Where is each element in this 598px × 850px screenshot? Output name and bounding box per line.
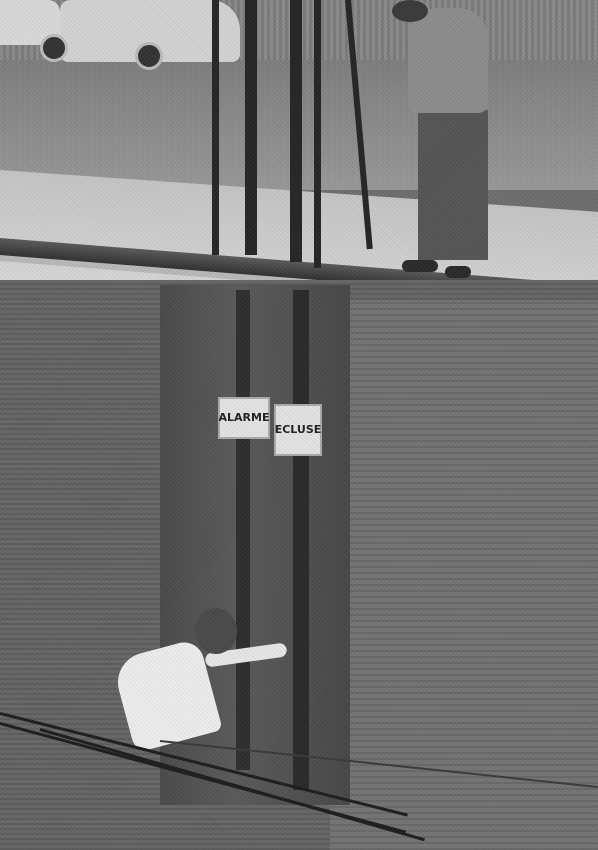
man-torso bbox=[408, 8, 488, 113]
gate-rod bbox=[290, 0, 302, 262]
lock-wall-right bbox=[330, 300, 598, 850]
man-head bbox=[392, 0, 428, 22]
alarm-sign: ALARME bbox=[218, 397, 270, 439]
car-wheel bbox=[135, 42, 163, 70]
gate-rail bbox=[236, 290, 250, 770]
lock-sign: ECLUSE bbox=[274, 404, 322, 456]
gate-rod bbox=[314, 0, 321, 268]
gate-rail bbox=[293, 290, 309, 790]
man-foot bbox=[445, 266, 471, 278]
gate-rod bbox=[245, 0, 257, 255]
child-head bbox=[195, 608, 237, 654]
photograph: ALARME ECLUSE bbox=[0, 0, 598, 850]
car-wheel bbox=[40, 34, 68, 62]
man-foot bbox=[402, 260, 438, 272]
man-legs bbox=[418, 110, 488, 260]
gate-rod bbox=[212, 0, 219, 255]
